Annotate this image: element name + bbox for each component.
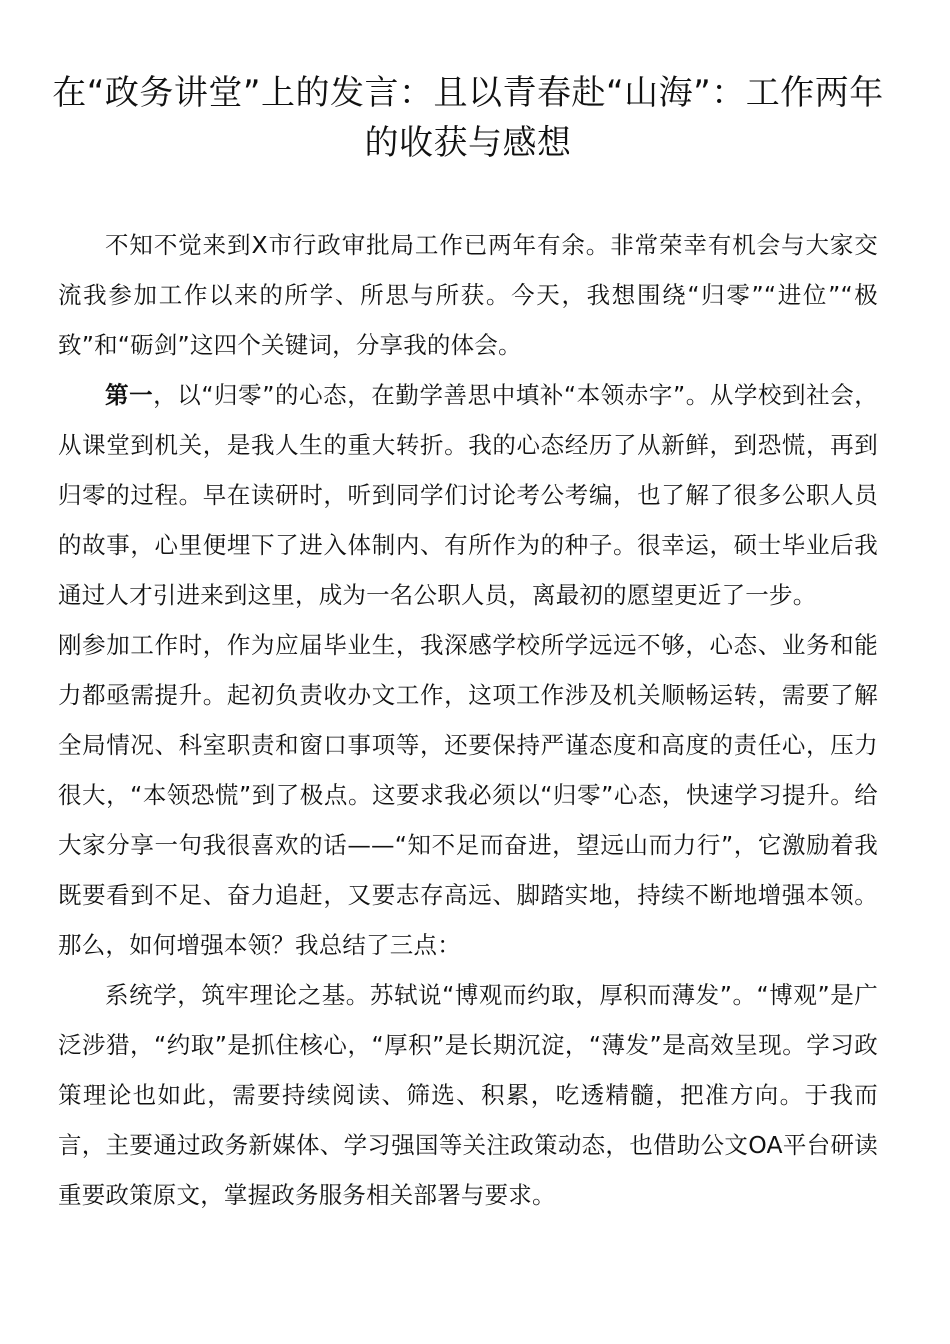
document-title: 在“政务讲堂”上的发言：且以青春赴“山海”：工作两年的收获与感想 (52, 68, 884, 168)
paragraph-text: 系统学，筑牢理论之基。苏轼说“博观而约取，厚积而薄发”。“博观”是广泛涉猎，“约… (58, 981, 878, 1209)
paragraph-text: 不知不觉来到X市行政审批局工作已两年有余。非常荣幸有机会与大家交流我参加工作以来… (58, 231, 878, 359)
document-body: 不知不觉来到X市行政审批局工作已两年有余。非常荣幸有机会与大家交流我参加工作以来… (58, 220, 878, 1220)
paragraph-intro: 不知不觉来到X市行政审批局工作已两年有余。非常荣幸有机会与大家交流我参加工作以来… (58, 220, 878, 370)
paragraph-lead-bold: 第一 (105, 381, 153, 409)
paragraph-systematic-study: 系统学，筑牢理论之基。苏轼说“博观而约取，厚积而薄发”。“博观”是广泛涉猎，“约… (58, 970, 878, 1220)
paragraph-text: 刚参加工作时，作为应届毕业生，我深感学校所学远远不够，心态、业务和能力都亟需提升… (58, 631, 878, 959)
paragraph-text: ，以“归零”的心态，在勤学善思中填补“本领赤字”。从学校到社会，从课堂到机关，是… (58, 381, 878, 609)
paragraph-first-point: 第一，以“归零”的心态，在勤学善思中填补“本领赤字”。从学校到社会，从课堂到机关… (58, 370, 878, 620)
document-page: 在“政务讲堂”上的发言：且以青春赴“山海”：工作两年的收获与感想 不知不觉来到X… (58, 68, 878, 1220)
paragraph-starting-work: 刚参加工作时，作为应届毕业生，我深感学校所学远远不够，心态、业务和能力都亟需提升… (58, 620, 878, 970)
